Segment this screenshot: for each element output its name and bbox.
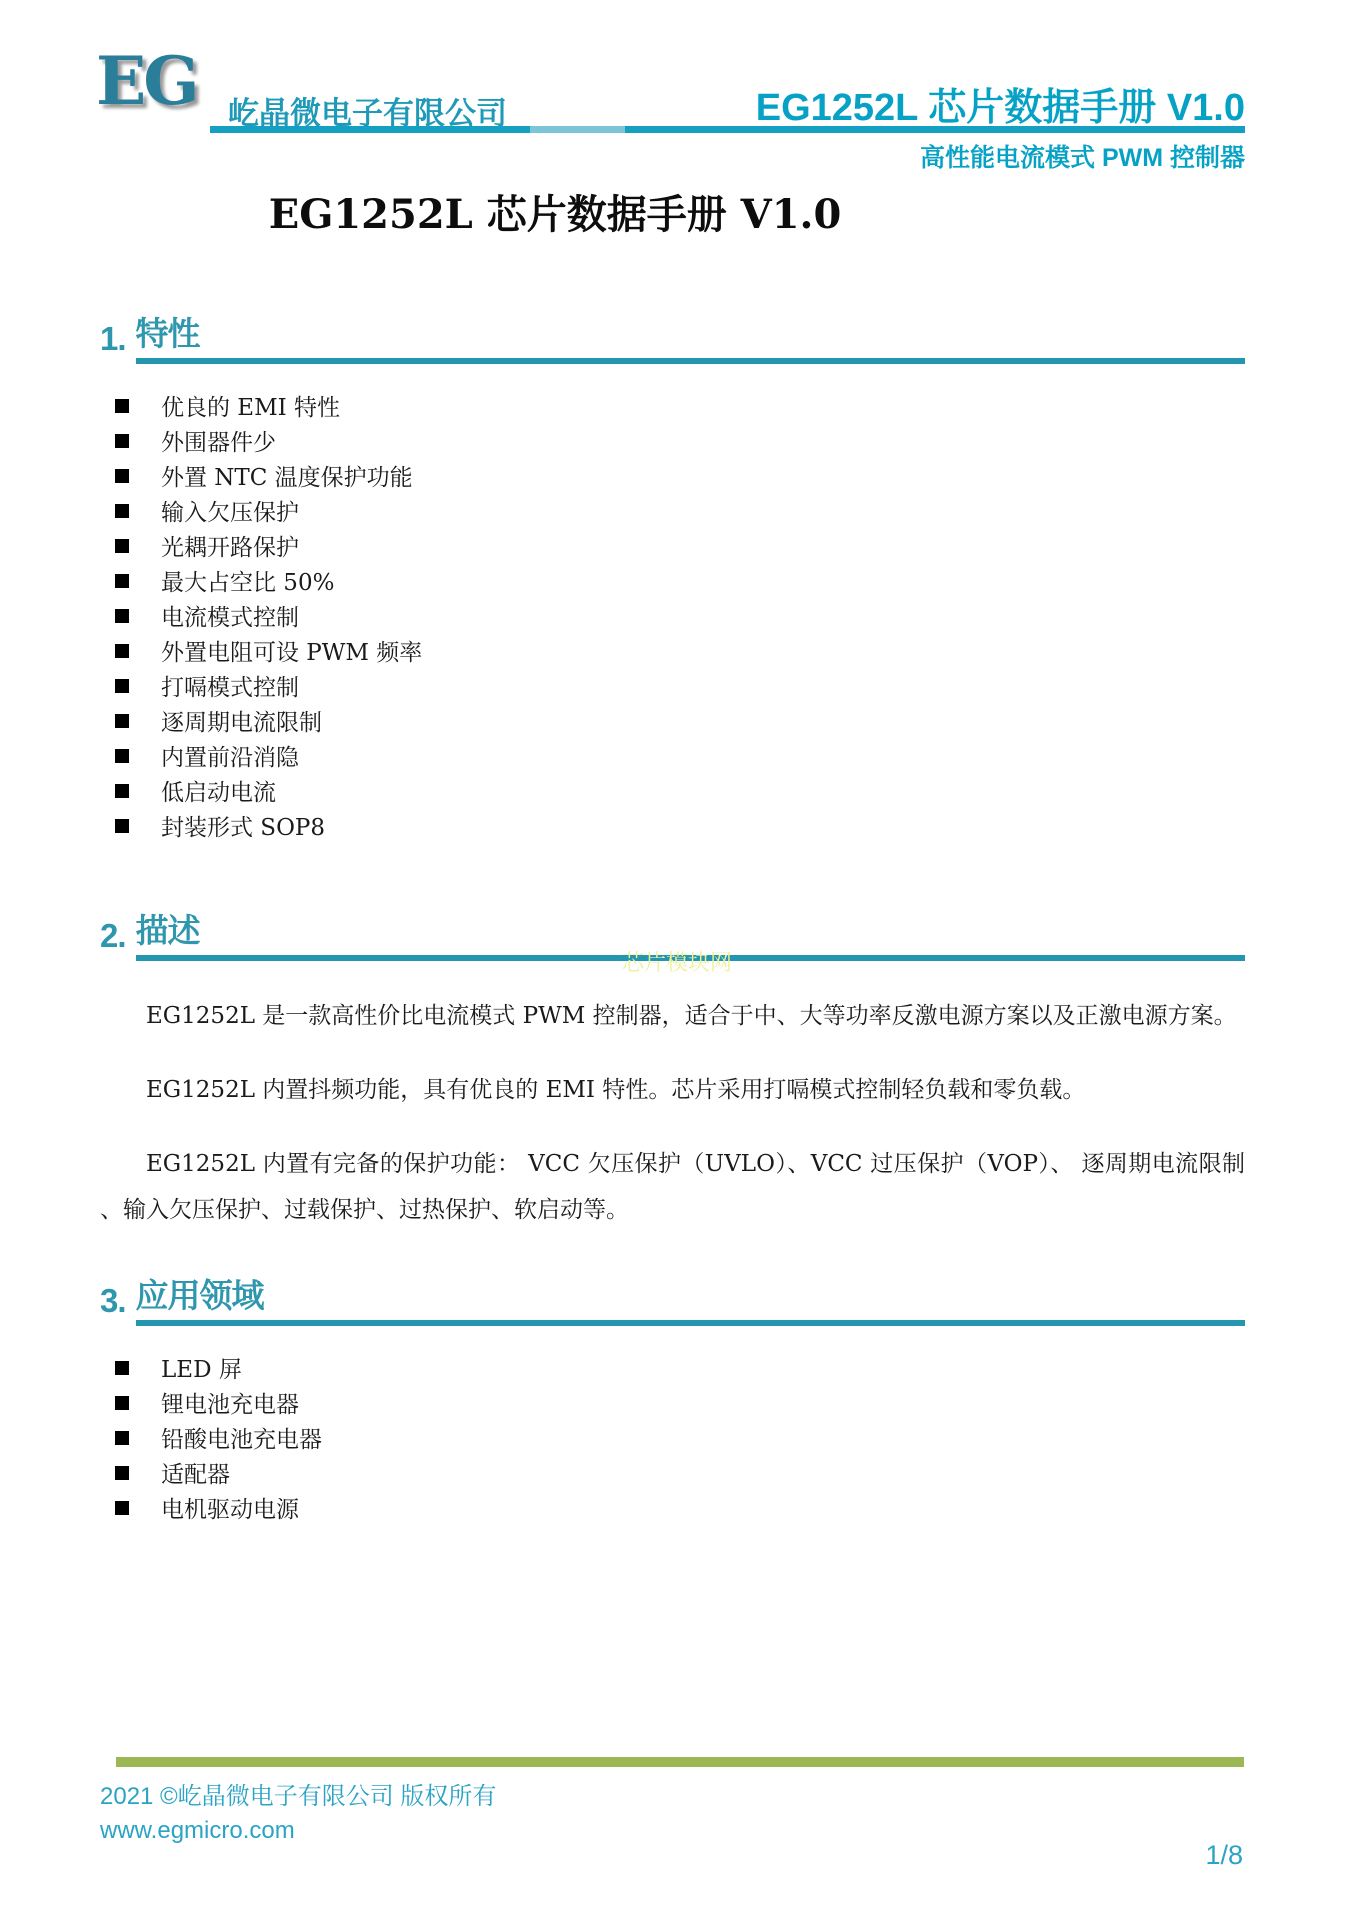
- header-divider-light-segment: [530, 126, 625, 133]
- datasheet-page: EG 屹晶微电子有限公司 EG1252L 芯片数据手册 V1.0 高性能电流模式…: [0, 0, 1355, 1917]
- footer-divider: [116, 1757, 1244, 1767]
- application-text: 适配器: [161, 1456, 230, 1489]
- application-text: 铅酸电池充电器: [161, 1421, 322, 1454]
- section-title: 特性: [136, 308, 1245, 364]
- bullet-square-icon: [115, 469, 129, 483]
- bullet-square-icon: [115, 539, 129, 553]
- bullet-square-icon: [115, 399, 129, 413]
- list-item: 外围器件少: [115, 423, 422, 458]
- bullet-square-icon: [115, 1396, 129, 1410]
- section-title: 应用领域: [136, 1270, 1245, 1326]
- section-applications: 3. 应用领域: [100, 1270, 1245, 1326]
- section-features: 1. 特性: [100, 308, 1245, 364]
- bullet-square-icon: [115, 819, 129, 833]
- feature-text: 逐周期电流限制: [161, 704, 322, 737]
- list-item: 铅酸电池充电器: [115, 1420, 322, 1455]
- feature-text: 封装形式 SOP8: [161, 809, 325, 842]
- list-item: 光耦开路保护: [115, 528, 422, 563]
- feature-text: 低启动电流: [161, 774, 276, 807]
- list-item: 优良的 EMI 特性: [115, 388, 422, 423]
- bullet-square-icon: [115, 749, 129, 763]
- list-item: 逐周期电流限制: [115, 703, 422, 738]
- list-item: 内置前沿消隐: [115, 738, 422, 773]
- section-applications-heading: 3. 应用领域: [100, 1270, 1245, 1326]
- description-paragraph: EG1252L 内置有完备的保护功能： VCC 欠压保护（UVLO）、VCC 过…: [100, 1141, 1245, 1233]
- feature-text: 打嗝模式控制: [161, 669, 299, 702]
- watermark-text: 芯片模块网: [622, 946, 732, 977]
- section-features-heading: 1. 特性: [100, 308, 1245, 364]
- list-item: 打嗝模式控制: [115, 668, 422, 703]
- application-text: LED 屏: [161, 1351, 242, 1384]
- list-item: 适配器: [115, 1455, 322, 1490]
- feature-text: 外围器件少: [161, 424, 276, 457]
- bullet-square-icon: [115, 434, 129, 448]
- bullet-square-icon: [115, 1466, 129, 1480]
- feature-text: 内置前沿消隐: [161, 739, 299, 772]
- feature-text: 电流模式控制: [161, 599, 299, 632]
- list-item: 外置 NTC 温度保护功能: [115, 458, 422, 493]
- list-item: 封装形式 SOP8: [115, 808, 422, 843]
- feature-text: 外置 NTC 温度保护功能: [161, 459, 413, 492]
- list-item: 锂电池充电器: [115, 1385, 322, 1420]
- list-item: 电机驱动电源: [115, 1490, 322, 1525]
- header-subtitle: 高性能电流模式 PWM 控制器: [920, 138, 1245, 174]
- features-list: 优良的 EMI 特性 外围器件少 外置 NTC 温度保护功能 输入欠压保护 光耦…: [115, 388, 422, 843]
- bullet-square-icon: [115, 1361, 129, 1375]
- bullet-square-icon: [115, 644, 129, 658]
- bullet-square-icon: [115, 784, 129, 798]
- company-logo: EG: [96, 48, 197, 114]
- feature-text: 优良的 EMI 特性: [161, 389, 340, 422]
- feature-text: 输入欠压保护: [161, 494, 299, 527]
- list-item: 输入欠压保护: [115, 493, 422, 528]
- bullet-square-icon: [115, 679, 129, 693]
- page-title: EG1252L 芯片数据手册 V1.0: [0, 183, 1110, 240]
- bullet-square-icon: [115, 1501, 129, 1515]
- header-doc-title: EG1252L 芯片数据手册 V1.0: [756, 76, 1245, 131]
- feature-text: 外置电阻可设 PWM 频率: [161, 634, 422, 667]
- description-paragraph: EG1252L 是一款高性价比电流模式 PWM 控制器，适合于中、大等功率反激电…: [100, 993, 1245, 1039]
- application-text: 电机驱动电源: [161, 1491, 299, 1524]
- list-item: 最大占空比 50%: [115, 563, 422, 598]
- bullet-square-icon: [115, 574, 129, 588]
- list-item: LED 屏: [115, 1350, 322, 1385]
- description-paragraph: EG1252L 内置抖频功能，具有优良的 EMI 特性。芯片采用打嗝模式控制轻负…: [100, 1067, 1245, 1113]
- bullet-square-icon: [115, 1431, 129, 1445]
- feature-text: 光耦开路保护: [161, 529, 299, 562]
- header-divider: [210, 126, 1245, 133]
- applications-list: LED 屏 锂电池充电器 铅酸电池充电器 适配器 电机驱动电源: [115, 1350, 322, 1525]
- list-item: 外置电阻可设 PWM 频率: [115, 633, 422, 668]
- bullet-square-icon: [115, 609, 129, 623]
- footer-copyright: 2021 ©屹晶微电子有限公司 版权所有: [100, 1783, 496, 1810]
- section-number: 1.: [100, 320, 126, 364]
- footer-website-link[interactable]: www.egmicro.com: [100, 1814, 496, 1848]
- section-number: 3.: [100, 1282, 126, 1326]
- description-body: EG1252L 是一款高性价比电流模式 PWM 控制器，适合于中、大等功率反激电…: [100, 993, 1245, 1261]
- footer-info: 2021 ©屹晶微电子有限公司 版权所有 www.egmicro.com: [100, 1780, 496, 1848]
- feature-text: 最大占空比 50%: [161, 564, 334, 597]
- list-item: 电流模式控制: [115, 598, 422, 633]
- section-number: 2.: [100, 917, 126, 961]
- bullet-square-icon: [115, 504, 129, 518]
- bullet-square-icon: [115, 714, 129, 728]
- list-item: 低启动电流: [115, 773, 422, 808]
- page-number: 1/8: [1205, 1840, 1243, 1871]
- application-text: 锂电池充电器: [161, 1386, 299, 1419]
